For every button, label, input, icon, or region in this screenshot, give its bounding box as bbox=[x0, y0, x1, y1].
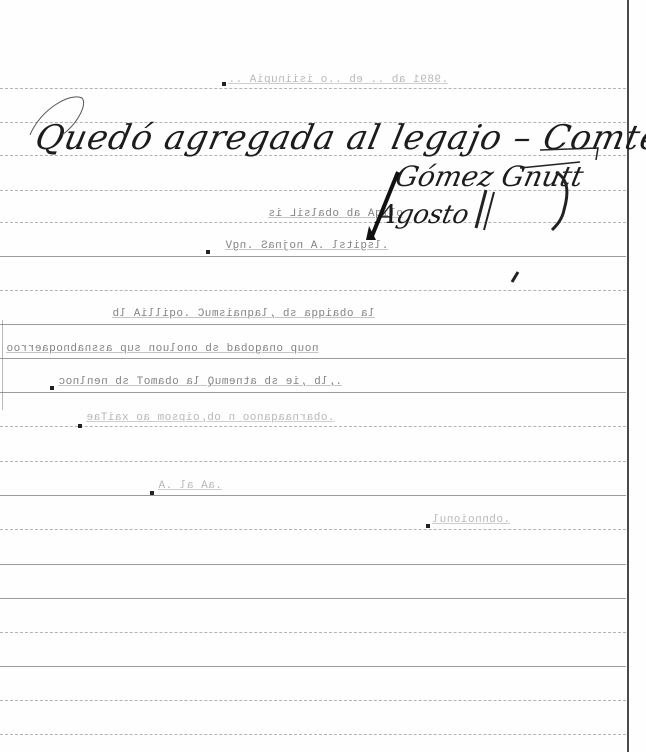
ink-dot bbox=[150, 491, 154, 495]
ruled-line bbox=[0, 666, 626, 667]
ruled-line bbox=[0, 632, 626, 633]
bleed-through-line-9: .obnnoionul bbox=[432, 514, 510, 526]
ruled-line bbox=[0, 700, 626, 701]
bleed-through-line-3: .lsgitsl .A nojnaS .ngV bbox=[225, 240, 388, 252]
ruled-line bbox=[0, 734, 626, 735]
ruled-line bbox=[0, 324, 626, 325]
ruled-line bbox=[0, 392, 626, 393]
bleed-through-line-8: .aA al .A bbox=[158, 480, 222, 492]
ruled-line bbox=[0, 564, 626, 565]
ruled-line bbox=[0, 529, 626, 530]
ruled-line bbox=[0, 495, 626, 496]
handwritten-date: Agosto bbox=[375, 200, 472, 230]
bleed-through-line-6: .,lb ,ie sb atnemuQ la obamoT sb nenlnoc bbox=[58, 376, 342, 388]
ruled-line bbox=[0, 290, 626, 291]
ink-dot bbox=[78, 424, 82, 428]
ink-dot bbox=[50, 386, 54, 390]
page-right-border bbox=[627, 0, 629, 752]
ruled-line bbox=[0, 358, 626, 359]
ruled-line bbox=[0, 88, 626, 89]
bleed-through-line-5: noup onagobad sb onoluon sup assnabnoqae… bbox=[6, 343, 318, 355]
ink-dot bbox=[206, 250, 210, 254]
ink-dot bbox=[426, 524, 430, 528]
ink-dot bbox=[222, 82, 226, 86]
document-page: .9891 ab .. eb ..o isiinupiA .. oliqA ab… bbox=[0, 0, 646, 752]
handwritten-signature: Gómez Gnutt bbox=[392, 160, 586, 193]
left-margin-mark bbox=[2, 320, 3, 410]
ruled-line bbox=[0, 222, 626, 223]
ruled-line bbox=[0, 598, 626, 599]
bleed-through-line-4: la obaiqqa sb ,laqnaismuC .oqilliA lb bbox=[112, 308, 375, 320]
bleed-through-line-7: .obarnaaqanoo n ob,oipsom ao xaiTae bbox=[86, 412, 335, 424]
ruled-line bbox=[0, 461, 626, 462]
ruled-line bbox=[0, 256, 626, 257]
handwritten-note: Quedó agregada al legajo – Comte bbox=[32, 118, 646, 158]
ruled-line bbox=[0, 426, 626, 427]
bleed-through-line-1: .9891 ab .. eb ..o isiinupiA .. bbox=[228, 74, 448, 86]
